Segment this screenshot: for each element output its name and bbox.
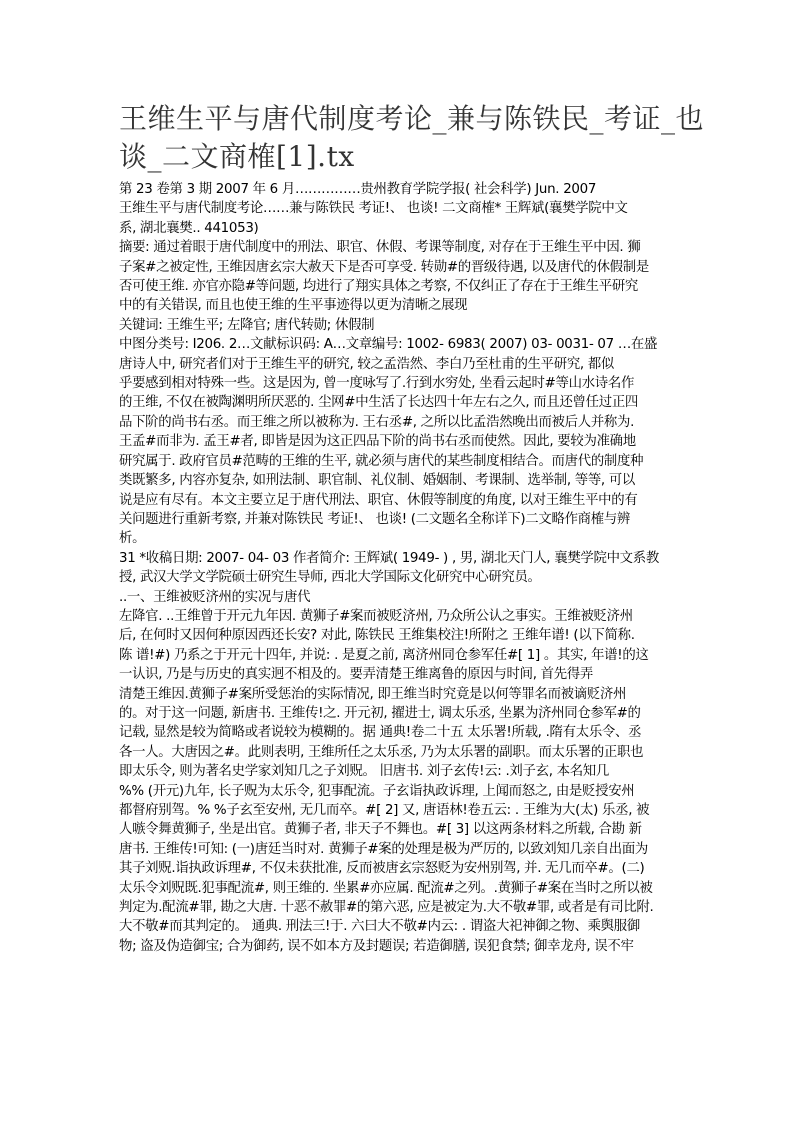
body-line: 类既繁多, 内容亦复杂, 如刑法制、职官制、礼仪制、婚姻制、考课制、选举制, 等… <box>119 471 671 490</box>
document-page: 王维生平与唐代制度考论_兼与陈铁民_考证_也 谈_二文商榷[1].tx 第 23… <box>119 100 671 956</box>
body-line: 关键词: 王维生平; 左降官; 唐代转勋; 休假制 <box>119 316 671 335</box>
body-line: 其子刘贶.诣执政诉理#, 不仅未获批准, 反而被唐玄宗怒贬为安州别驾, 并. 无… <box>119 859 671 878</box>
body-line: 物; 盗及伪造御宝; 合为御药, 误不如本方及封题误; 若造御膳, 误犯食禁; … <box>119 937 671 956</box>
body-line: 即太乐令, 则为著名史学家刘知几之子刘贶。 旧唐书. 刘子玄传!云: .刘子玄,… <box>119 762 671 781</box>
body-line: 否可使王维. 亦官亦隐#等问题, 均进行了翔实具体之考察, 不仅纠正了存在于王维… <box>119 277 671 296</box>
body-line: 子案#之被定性, 王维因唐玄宗大赦天下是否可享受. 转勋#的晋级待遇, 以及唐代… <box>119 258 671 277</box>
title-line-2: 谈_二文商榷[1].tx <box>119 138 671 176</box>
body-line: 说是应有尽有。本文主要立足于唐代刑法、职官、休假等制度的角度, 以对王维生平中的… <box>119 491 671 510</box>
body-line: 31 *收稿日期: 2007- 04- 03 作者简介: 王辉斌( 1949- … <box>119 549 671 568</box>
body-line: 各一人。大唐因之#。此则表明, 王维所任之太乐丞, 乃为太乐署的副职。而太乐署的… <box>119 743 671 762</box>
body-line: 太乐令刘贶既.犯事配流#, 则王维的. 坐累#亦应属. 配流#之列。.黄狮子#案… <box>119 879 671 898</box>
body-line: 陈 谱!#) 乃系之于开元十四年, 并说: . 是夏之前, 离济州同仓参军任#[… <box>119 646 671 665</box>
body-line: 乎要感到相对特殊一些。这是因为, 曾一度咏写了.行到水穷处, 坐看云起时#等山水… <box>119 374 671 393</box>
body-line: 都督府别驾。% %子玄至安州, 无几而卒。#[ 2] 又, 唐语林!卷五云: .… <box>119 801 671 820</box>
body-line: 左降官. ..王维曾于开元九年因. 黄狮子#案而被贬济州, 乃众所公认之事实。王… <box>119 607 671 626</box>
body-line: ..一、王维被贬济州的实况与唐代 <box>119 588 671 607</box>
body-line: 中图分类号: I206. 2…文献标识码: A…文章编号: 1002- 6983… <box>119 335 671 354</box>
body-line: 中的有关错误, 而且也使王维的生平事迹得以更为清晰之展现 <box>119 296 671 315</box>
body-line: 唐诗人中, 研究者们对于王维生平的研究, 较之孟浩然、李白乃至杜甫的生平研究, … <box>119 355 671 374</box>
body-line: 的王维, 不仅在被陶渊明所厌恶的. 尘网#中生活了长达四十年左右之久, 而且还曾… <box>119 393 671 412</box>
body-line: 王维生平与唐代制度考论……兼与陈铁民 考证!、 也谈! 二文商榷* 王辉斌(襄樊… <box>119 199 671 218</box>
body-line: 摘要: 通过着眼于唐代制度中的刑法、职官、休假、考课等制度, 对存在于王维生平中… <box>119 238 671 257</box>
body-line: 的。对于这一问题, 新唐书. 王维传!之. 开元初, 擢进士, 调太乐丞, 坐累… <box>119 704 671 723</box>
title-line-1: 王维生平与唐代制度考论_兼与陈铁民_考证_也 <box>119 100 671 138</box>
body-line: 人嗾令舞黄狮子, 坐是出官。黄狮子者, 非天子不舞也。#[ 3] 以这两条材料之… <box>119 820 671 839</box>
body-line: 一认识, 乃是与历史的真实迥不相及的。要弄清楚王维离鲁的原因与时间, 首先得弄 <box>119 665 671 684</box>
body-line: 清楚王维因.黄狮子#案所受惩治的实际情况, 即王维当时究竟是以何等罪名而被谪贬济… <box>119 685 671 704</box>
body-line: 系, 湖北襄樊.. 441053) <box>119 219 671 238</box>
body-line: 唐书. 王维传!可知: (一)唐廷当时对. 黄狮子#案的处理是极为严厉的, 以致… <box>119 840 671 859</box>
body-line: 授, 武汉大学文学院硕士研究生导师, 西北大学国际文化研究中心研究员。 <box>119 568 671 587</box>
document-body: 第 23 卷第 3 期 2007 年 6 月……………贵州教育学院学报( 社会科… <box>119 180 671 956</box>
body-line: 王孟#而非为. 孟王#者, 即皆是因为这正四品下阶的尚书右丞而使然。因此, 要较… <box>119 432 671 451</box>
body-line: 后, 在何时又因何种原因西还长安? 对此, 陈铁民 王维集校注!所附之 王维年谱… <box>119 626 671 645</box>
body-line: 记载, 显然是较为简略或者说较为模糊的。据 通典!卷二十五 太乐署!所载, .隋… <box>119 723 671 742</box>
body-line: 研究属于. 政府官员#范畴的王维的生平, 就必须与唐代的某些制度相结合。而唐代的… <box>119 452 671 471</box>
body-line: 关问题进行重新考察, 并兼对陈铁民 考证!、 也谈! (二文题名全称详下)二文略… <box>119 510 671 529</box>
body-line: 第 23 卷第 3 期 2007 年 6 月……………贵州教育学院学报( 社会科… <box>119 180 671 199</box>
body-line: 品下阶的尚书右丞。而王维之所以被称为. 王右丞#, 之所以比孟浩然晚出而被后人并… <box>119 413 671 432</box>
document-title: 王维生平与唐代制度考论_兼与陈铁民_考证_也 谈_二文商榷[1].tx <box>119 100 671 176</box>
body-line: 析。 <box>119 529 671 548</box>
body-line: 大不敬#而其判定的。 通典. 刑法三!于. 六曰大不敬#内云: . 谓盗大祀神御… <box>119 917 671 936</box>
body-line: 判定为.配流#罪, 勘之大唐. 十恶不赦罪#的第六恶, 应是被定为.大不敬#罪,… <box>119 898 671 917</box>
body-line: %% (开元)九年, 长子贶为太乐令, 犯事配流。子玄诣执政诉理, 上闻而怒之,… <box>119 782 671 801</box>
